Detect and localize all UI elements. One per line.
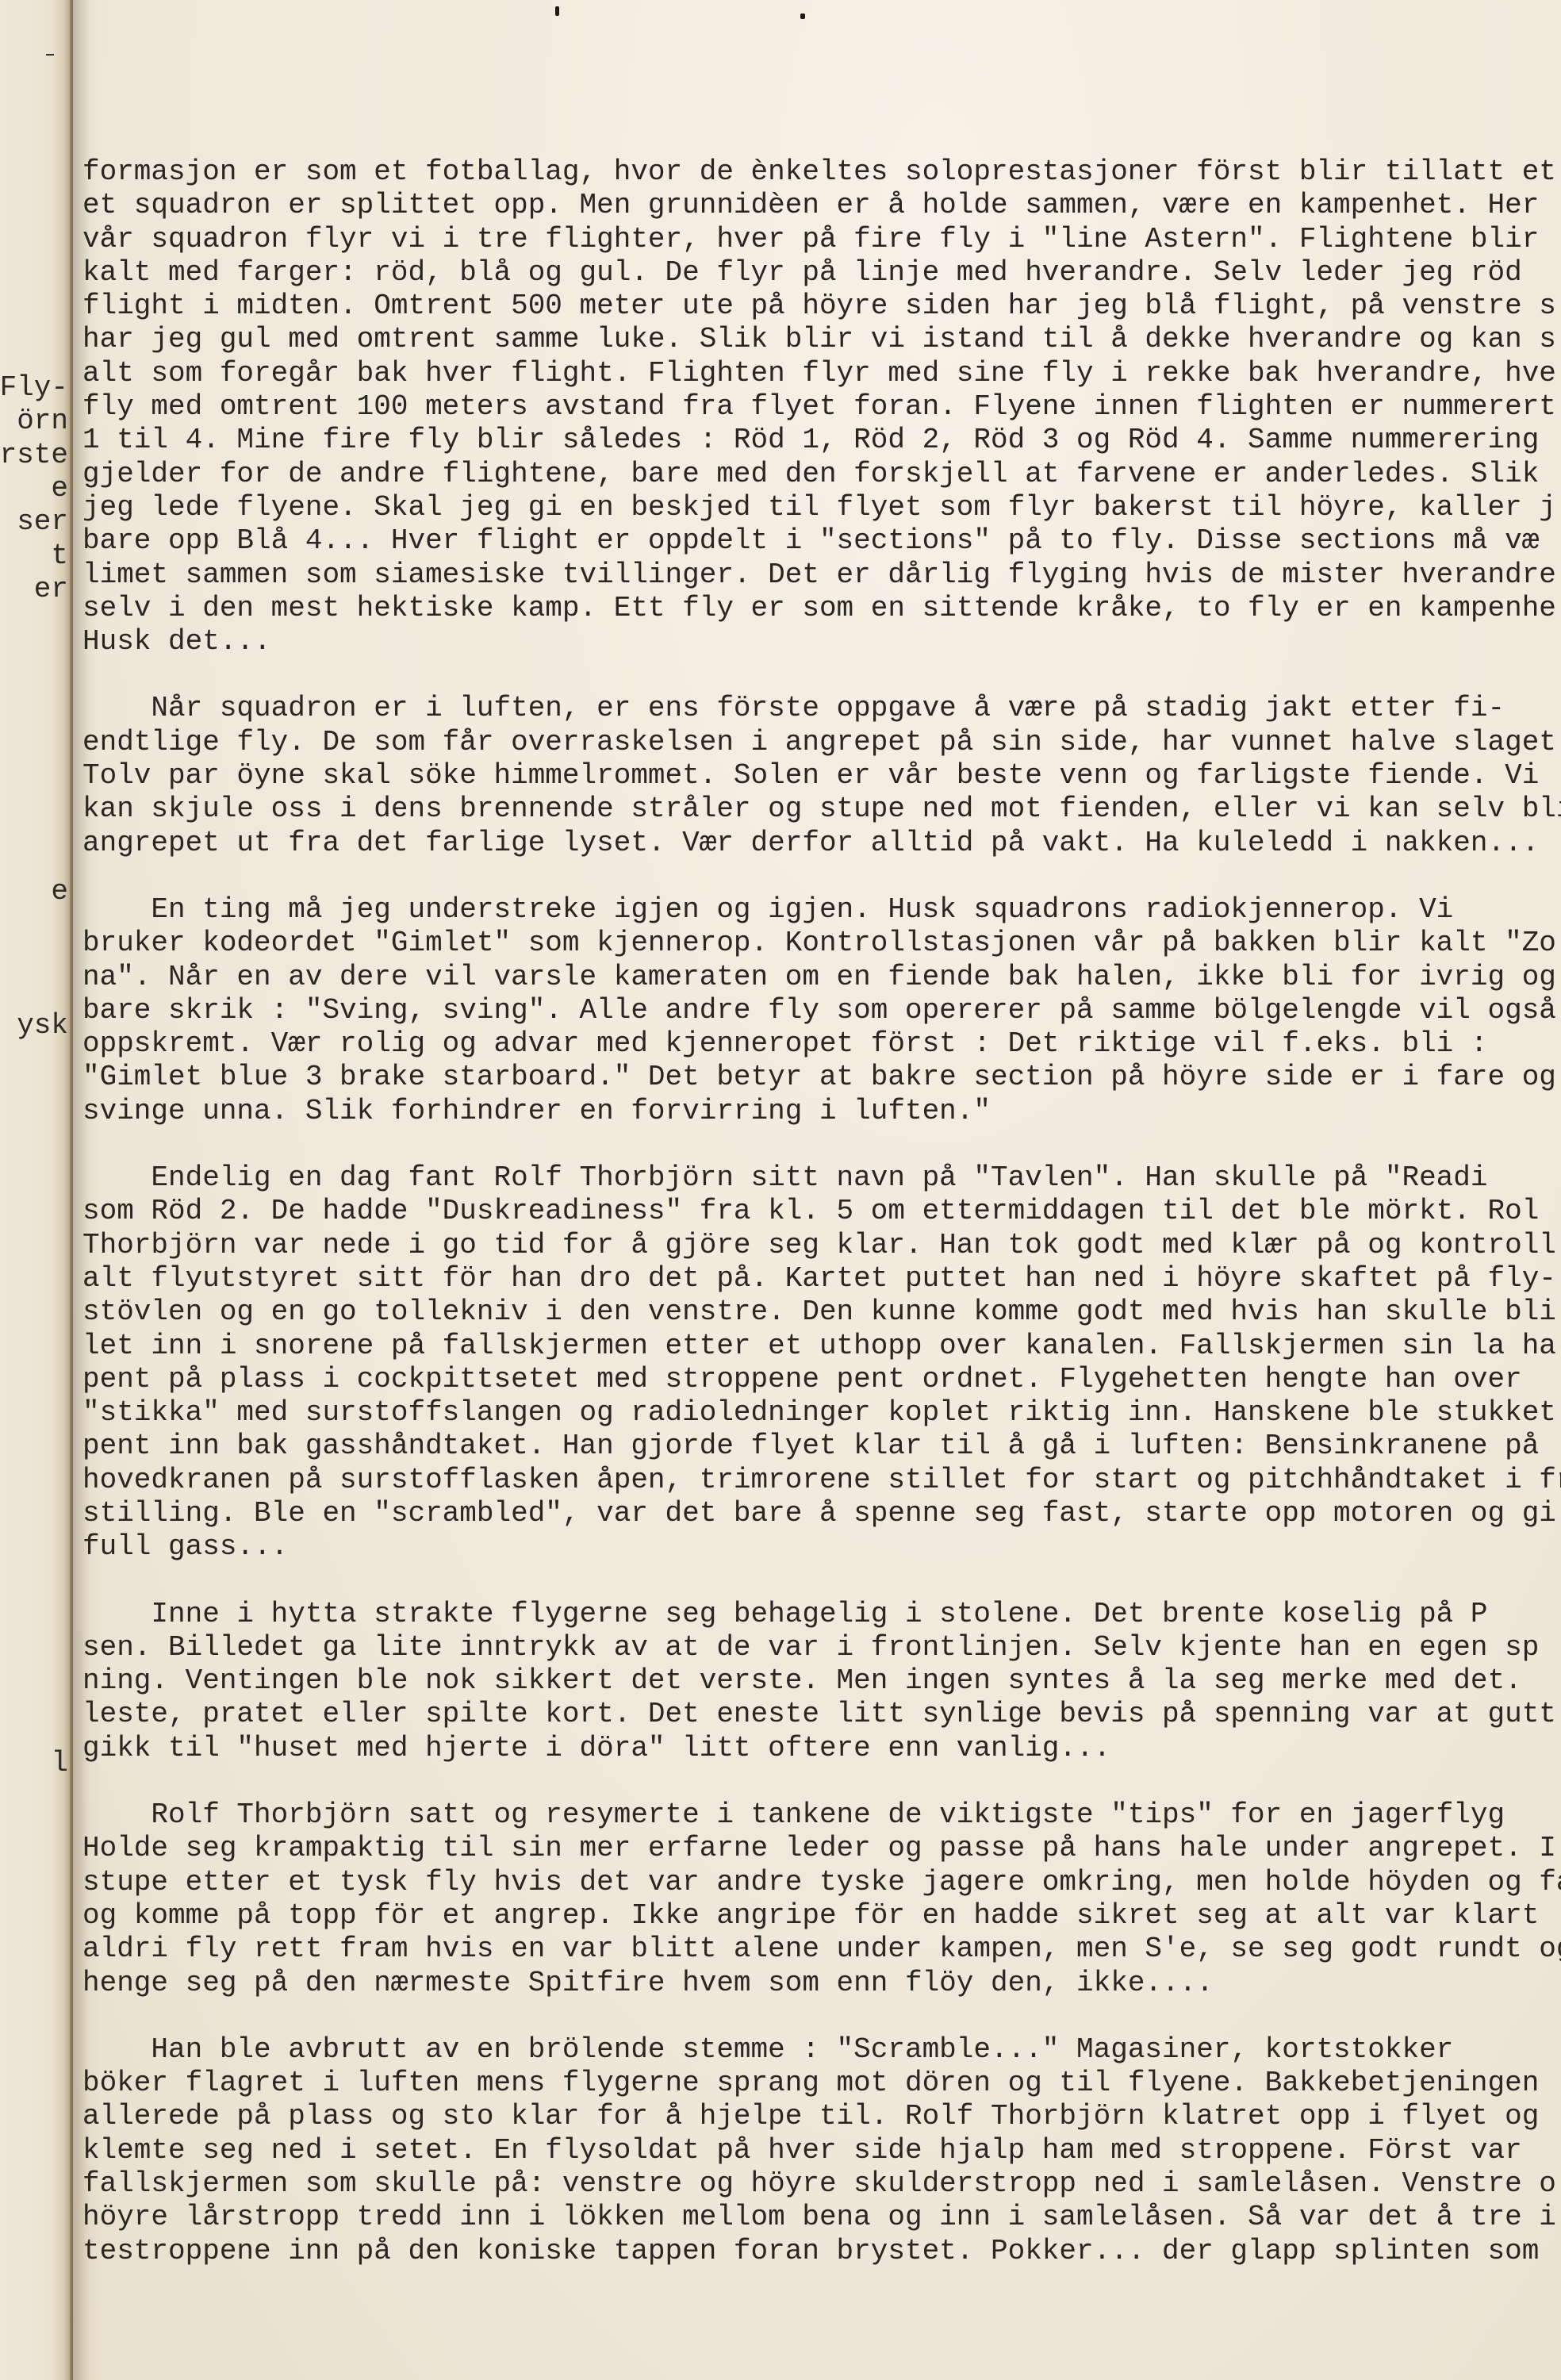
margin-fragment: rste bbox=[0, 439, 68, 472]
text-line: En ting må jeg understreke igjen og igje… bbox=[82, 893, 1561, 927]
text-line: fallskjermen som skulle på: venstre og h… bbox=[82, 2167, 1561, 2201]
text-line: Endelig en dag fant Rolf Thorbjörn sitt … bbox=[82, 1161, 1561, 1195]
margin-dash-mark bbox=[46, 54, 54, 56]
margin-fragment: örn bbox=[17, 405, 68, 438]
margin-fragment: l bbox=[51, 1747, 68, 1780]
text-line: Thorbjörn var nede i go tid for å gjöre … bbox=[82, 1229, 1561, 1262]
text-line: leste, pratet eller spilte kort. Det ene… bbox=[82, 1698, 1561, 1731]
text-line: flight i midten. Omtrent 500 meter ute p… bbox=[82, 290, 1561, 323]
text-line: oppskremt. Vær rolig og advar med kjenne… bbox=[82, 1027, 1561, 1061]
ink-dot bbox=[555, 6, 559, 16]
text-line: Når squadron er i luften, er ens förste … bbox=[82, 692, 1561, 725]
text-line: gjelder for de andre flightene, bare med… bbox=[82, 458, 1561, 491]
paragraph: Endelig en dag fant Rolf Thorbjörn sitt … bbox=[82, 1161, 1561, 1564]
text-line: har jeg gul med omtrent samme luke. Slik… bbox=[82, 323, 1561, 356]
text-line: kan skjule oss i dens brennende stråler … bbox=[82, 793, 1561, 826]
paragraph: Han ble avbrutt av en brölende stemme : … bbox=[82, 2033, 1561, 2268]
text-line: alt som foregår bak hver flight. Flighte… bbox=[82, 357, 1561, 390]
margin-fragment: e bbox=[51, 875, 68, 908]
margin-fragment: er bbox=[34, 573, 68, 606]
text-line: pent på plass i cockpittsetet med stropp… bbox=[82, 1363, 1561, 1396]
text-line: formasjon er som et fotballag, hvor de è… bbox=[82, 155, 1561, 189]
paragraph: formasjon er som et fotballag, hvor de è… bbox=[82, 155, 1561, 658]
text-line: Han ble avbrutt av en brölende stemme : … bbox=[82, 2033, 1561, 2067]
text-line: böker flagret i luften mens flygerne spr… bbox=[82, 2067, 1561, 2100]
paragraph: Når squadron er i luften, er ens förste … bbox=[82, 692, 1561, 859]
text-line: testroppene inn på den koniske tappen fo… bbox=[82, 2235, 1561, 2268]
text-line: "Gimlet blue 3 brake starboard." Det bet… bbox=[82, 1061, 1561, 1094]
text-line: "stikka" med surstoffslangen og radioled… bbox=[82, 1396, 1561, 1430]
text-line: fly med omtrent 100 meters avstand fra f… bbox=[82, 390, 1561, 424]
paragraph: En ting må jeg understreke igjen og igje… bbox=[82, 893, 1561, 1128]
margin-fragment: Fly- bbox=[0, 371, 68, 405]
text-line: sen. Billedet ga lite inntrykk av at de … bbox=[82, 1631, 1561, 1664]
text-line: bruker kodeordet "Gimlet" som kjennerop.… bbox=[82, 927, 1561, 960]
text-line: Inne i hytta strakte flygerne seg behage… bbox=[82, 1598, 1561, 1631]
paragraph: Rolf Thorbjörn satt og resymerte i tanke… bbox=[82, 1798, 1561, 2000]
margin-fragment: e bbox=[51, 472, 68, 505]
text-line: na". Når en av dere vil varsle kameraten… bbox=[82, 961, 1561, 994]
margin-fragment: ysk bbox=[17, 1009, 68, 1042]
text-line: jeg lede flyene. Skal jeg gi en beskjed … bbox=[82, 491, 1561, 524]
document-page: Fly-örnrsteesertereyskl formasjon er som… bbox=[0, 0, 1561, 2380]
text-line: alt flyutstyret sitt för han dro det på.… bbox=[82, 1262, 1561, 1296]
text-line: endtlige fly. De som får overraskelsen i… bbox=[82, 726, 1561, 759]
text-line: limet sammen som siamesiske tvillinger. … bbox=[82, 559, 1561, 592]
text-line: full gass... bbox=[82, 1530, 1561, 1564]
text-line: og komme på topp för et angrep. Ikke ang… bbox=[82, 1899, 1561, 1933]
text-line: angrepet ut fra det farlige lyset. Vær d… bbox=[82, 827, 1561, 860]
text-line: som Röd 2. De hadde "Duskreadiness" fra … bbox=[82, 1195, 1561, 1228]
text-line: Rolf Thorbjörn satt og resymerte i tanke… bbox=[82, 1798, 1561, 1832]
text-line: kalt med farger: röd, blå og gul. De fly… bbox=[82, 256, 1561, 290]
text-line: höyre lårstropp tredd inn i lökken mello… bbox=[82, 2201, 1561, 2234]
text-line: stupe etter et tysk fly hvis det var and… bbox=[82, 1866, 1561, 1899]
text-line: stövlen og en go tollekniv i den venstre… bbox=[82, 1296, 1561, 1329]
text-line: gikk til "huset med hjerte i döra" litt … bbox=[82, 1732, 1561, 1765]
text-line: vår squadron flyr vi i tre flighter, hve… bbox=[82, 223, 1561, 256]
typewritten-body: formasjon er som et fotballag, hvor de è… bbox=[82, 155, 1561, 2268]
text-line: 1 til 4. Mine fire fly blir således : Rö… bbox=[82, 424, 1561, 457]
margin-fragment: ser bbox=[17, 505, 68, 539]
text-line: hovedkranen på surstofflasken åpen, trim… bbox=[82, 1464, 1561, 1497]
text-line: bare opp Blå 4... Hver flight er oppdelt… bbox=[82, 524, 1561, 558]
text-line: allerede på plass og sto klar for å hjel… bbox=[82, 2100, 1561, 2133]
text-line: svinge unna. Slik forhindrer en forvirri… bbox=[82, 1095, 1561, 1128]
text-line: selv i den mest hektiske kamp. Ett fly e… bbox=[82, 592, 1561, 625]
text-line: klemte seg ned i setet. En flysoldat på … bbox=[82, 2134, 1561, 2167]
text-line: Holde seg krampaktig til sin mer erfarne… bbox=[82, 1832, 1561, 1865]
text-line: let inn i snorene på fallskjermen etter … bbox=[82, 1330, 1561, 1363]
text-line: et squadron er splittet opp. Men grunnid… bbox=[82, 189, 1561, 222]
text-line: bare skrik : "Sving, sving". Alle andre … bbox=[82, 994, 1561, 1027]
text-line: pent inn bak gasshåndtaket. Han gjorde f… bbox=[82, 1430, 1561, 1463]
paragraph: Inne i hytta strakte flygerne seg behage… bbox=[82, 1598, 1561, 1765]
text-line: Husk det... bbox=[82, 625, 1561, 658]
margin-fragment: t bbox=[51, 539, 68, 573]
text-line: stilling. Ble en "scrambled", var det ba… bbox=[82, 1497, 1561, 1530]
text-line: ning. Ventingen ble nok sikkert det vers… bbox=[82, 1664, 1561, 1698]
text-line: aldri fly rett fram hvis en var blitt al… bbox=[82, 1933, 1561, 1966]
ink-dot bbox=[800, 13, 805, 19]
previous-page-edge: Fly-örnrsteesertereyskl bbox=[0, 0, 73, 2380]
text-line: henge seg på den nærmeste Spitfire hvem … bbox=[82, 1967, 1561, 2000]
text-line: Tolv par öyne skal söke himmelrommet. So… bbox=[82, 759, 1561, 793]
